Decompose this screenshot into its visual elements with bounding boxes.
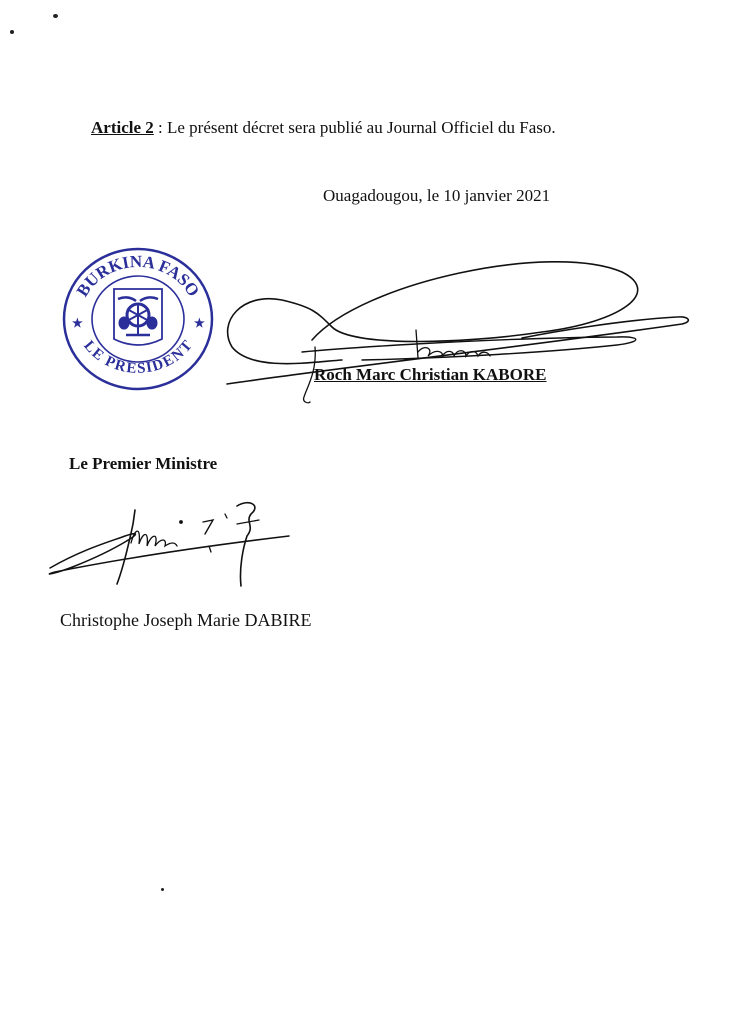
star-icon: ★: [72, 316, 83, 330]
coat-of-arms-icon: [114, 289, 162, 345]
president-signature-icon: [222, 252, 692, 412]
prime-minister-name: Christophe Joseph Marie DABIRE: [60, 610, 311, 631]
scan-speck: [10, 30, 14, 34]
president-name: Roch Marc Christian KABORE: [314, 365, 547, 385]
article-text: : Le présent décret sera publié au Journ…: [154, 118, 556, 137]
prime-minister-title: Le Premier Ministre: [69, 454, 217, 474]
article-2-paragraph: Article 2 : Le présent décret sera publi…: [91, 118, 556, 138]
presidential-stamp: BURKINA FASO LE PRESIDENT ★ ★: [58, 243, 218, 393]
article-label: Article 2: [91, 118, 154, 137]
stamp-bottom-text: LE PRESIDENT: [80, 338, 195, 377]
scan-speck: [161, 888, 164, 891]
place-and-date: Ouagadougou, le 10 janvier 2021: [323, 186, 550, 206]
prime-minister-signature-icon: [45, 488, 305, 598]
scan-speck: [53, 14, 58, 18]
star-icon: ★: [194, 316, 205, 330]
